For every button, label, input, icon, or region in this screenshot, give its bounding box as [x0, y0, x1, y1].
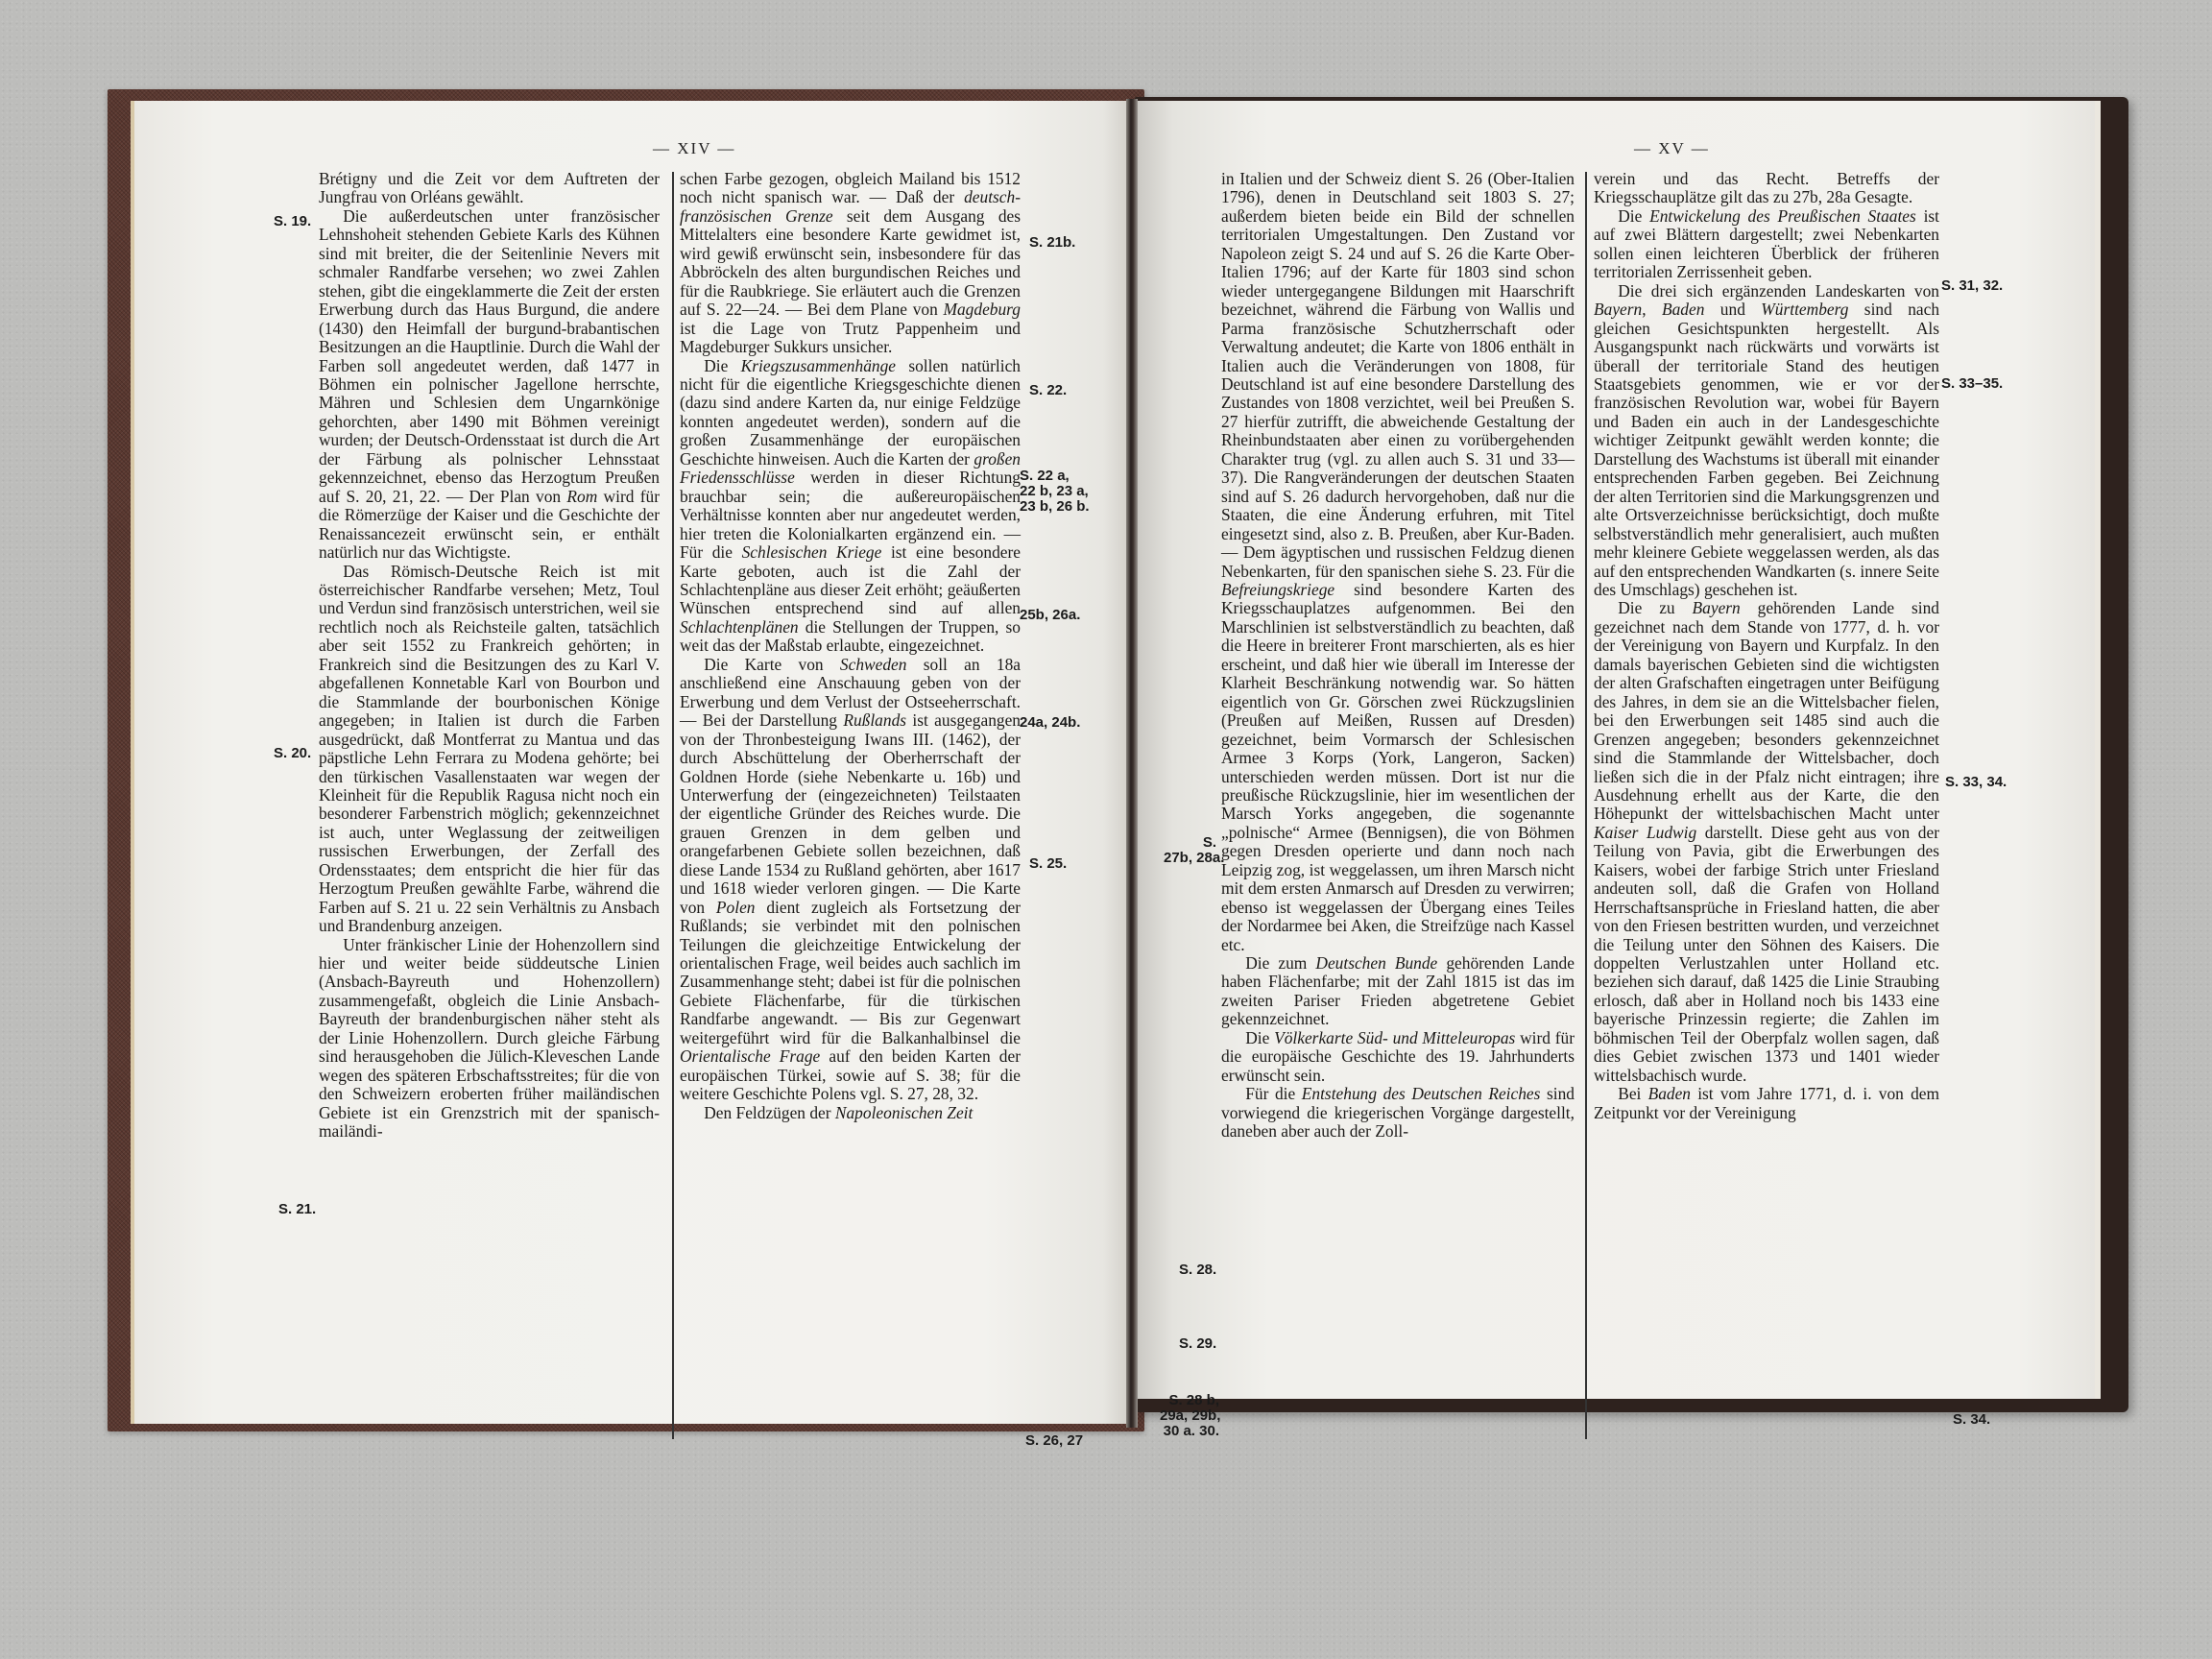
paragraph: Die außerdeutschen unter französischer L… [319, 207, 660, 563]
paragraph-text: Den Feldzügen der [704, 1103, 835, 1122]
paragraph-text: dient zugleich als Fortsetzung der Rußla… [680, 898, 1021, 1047]
open-book: — XIV — Brétigny und die Zeit vor dem Au… [108, 89, 2131, 1431]
emphasized-term: Völkerkarte Süd- und Mitteleuropas [1274, 1028, 1515, 1047]
paragraph: Unter fränkischer Linie der Hohenzollern… [319, 936, 660, 1142]
margin-label-s19: S. 19. [274, 214, 311, 229]
paragraph: Die Karte von Schweden soll an 18a ansch… [680, 656, 1021, 1104]
paragraph: schen Farbe gezogen, obgleich Mailand bi… [680, 170, 1021, 357]
paragraph: Brétigny und die Zeit vor dem Auftreten … [319, 170, 660, 207]
paragraph-text: Die drei sich ergänzenden Landeskarten v… [1618, 281, 1939, 301]
emphasized-term: Bayern [1693, 598, 1741, 617]
paragraph-text: ist die Lage von Trutz Pappenheim und Ma… [680, 319, 1021, 356]
paragraph: Die zu Bayern gehörenden Lande sind geze… [1594, 599, 1939, 1085]
margin-label-s22: S. 22. [1029, 383, 1067, 398]
emphasized-term: Bayern [1594, 300, 1642, 319]
paragraph: Das Römisch-Deutsche Reich ist mit öster… [319, 563, 660, 936]
emphasized-term: Württemberg [1761, 300, 1848, 319]
paragraph-text: Bei [1618, 1084, 1647, 1103]
paragraph-text: Unter fränkischer Linie der Hohenzollern… [319, 935, 660, 1142]
paragraph-text: darstellt. Diese geht aus von der Teilun… [1594, 823, 1939, 1085]
right-page: — XV — in Italien und der Schweiz dient … [1135, 101, 2101, 1399]
emphasized-term: Schweden [840, 655, 907, 674]
paragraph-text: sind besondere Karten des Kriegsschaupla… [1221, 580, 1575, 954]
paragraph: Die drei sich ergänzenden Landeskarten v… [1594, 282, 1939, 600]
paragraph-text: Die zum [1245, 953, 1315, 973]
page-header-right: — XV — [1634, 139, 1710, 158]
margin-label-25b: 25b, 26a. [1020, 608, 1080, 623]
paragraph-text: verein und das Recht. Betreffs der Krieg… [1594, 169, 1939, 206]
margin-label-s33-34: S. 33, 34. [1945, 775, 2007, 790]
margin-label-s27b: S. 27b, 28a. [1164, 835, 1216, 866]
margin-label-24a: 24a, 24b. [1020, 715, 1080, 731]
paragraph-text: Die [1245, 1028, 1274, 1047]
paragraph-text: Die [1618, 206, 1649, 226]
paragraph-text: Brétigny und die Zeit vor dem Auftreten … [319, 169, 660, 206]
paragraph-text: Die Karte von [704, 655, 840, 674]
margin-label-s25: S. 25. [1029, 856, 1067, 872]
emphasized-term: Rußlands [843, 710, 906, 730]
paragraph-text: sind nach gleichen Gesichtspunkten herge… [1594, 300, 1939, 599]
emphasized-term: Deutschen Bunde [1315, 953, 1437, 973]
paragraph: Den Feldzügen der Napoleonischen Zeit [680, 1104, 1021, 1122]
paragraph: Die Entwickelung des Preußischen Staates… [1594, 207, 1939, 282]
emphasized-term: Befreiungskriege [1221, 580, 1334, 599]
margin-label-s22a: S. 22 a, 22 b, 23 a, 23 b, 26 b. [1020, 469, 1090, 515]
emphasized-term: Entstehung des Deutschen Reiches [1302, 1084, 1541, 1103]
margin-label-s34: S. 34. [1953, 1412, 1990, 1428]
paragraph: in Italien und der Schweiz dient S. 26 (… [1221, 170, 1575, 954]
paragraph-text: ist ausgegangen von der Thronbesteigung … [680, 710, 1021, 917]
paragraph-text: in Italien und der Schweiz dient S. 26 (… [1221, 169, 1575, 581]
left-page-column-1: Brétigny und die Zeit vor dem Auftreten … [319, 170, 660, 1142]
emphasized-term: Orientalische Frage [680, 1046, 820, 1066]
paragraph: Für die Entstehung des Deutschen Reiches… [1221, 1085, 1575, 1141]
paragraph: Bei Baden ist vom Jahre 1771, d. i. von … [1594, 1085, 1939, 1122]
emphasized-term: Baden [1648, 1084, 1691, 1103]
margin-label-s31: S. 31, 32. [1941, 278, 2003, 294]
column-divider-left [672, 172, 674, 1439]
paragraph-text: Die [704, 356, 740, 375]
paragraph: Die zum Deutschen Bunde gehörenden Lande… [1221, 954, 1575, 1029]
paragraph: Die Völkerkarte Süd- und Mitteleuropas w… [1221, 1029, 1575, 1085]
page-header-left: — XIV — [653, 139, 735, 158]
margin-label-s28b: S. 28 b, 29a, 29b, 30 a. 30. [1160, 1393, 1219, 1439]
emphasized-term: Schlesischen Kriege [742, 542, 882, 562]
paragraph-text: Für die [1245, 1084, 1302, 1103]
paragraph-text: Die zu [1618, 598, 1692, 617]
emphasized-term: Schlachtenplänen [680, 617, 799, 637]
margin-label-s29: S. 29. [1179, 1336, 1216, 1352]
margin-label-s28: S. 28. [1179, 1262, 1216, 1278]
emphasized-term: Baden [1662, 300, 1704, 319]
paragraph-text: gehörenden Lande sind gezeichnet nach de… [1594, 598, 1939, 823]
emphasized-term: Kaiser Ludwig [1594, 823, 1696, 842]
right-page-column-1: in Italien und der Schweiz dient S. 26 (… [1221, 170, 1575, 1142]
emphasized-term: Polen [716, 898, 756, 917]
right-page-column-2: verein und das Recht. Betreffs der Krieg… [1594, 170, 1939, 1122]
paragraph: Die Kriegszusammenhänge sollen natürlich… [680, 357, 1021, 656]
left-page-column-2: schen Farbe gezogen, obgleich Mailand bi… [680, 170, 1021, 1122]
left-page: — XIV — Brétigny und die Zeit vor dem Au… [131, 101, 1133, 1424]
column-divider-right [1585, 172, 1587, 1439]
margin-label-s21b: S. 21b. [1029, 235, 1075, 251]
emphasized-term: Napoleonischen Zeit [835, 1103, 973, 1122]
margin-label-s21: S. 21. [278, 1202, 316, 1217]
margin-label-s26: S. 26, 27 [1025, 1433, 1083, 1449]
paragraph-text: Das Römisch-Deutsche Reich ist mit öster… [319, 562, 660, 936]
margin-label-s33-35: S. 33–35. [1941, 376, 2003, 392]
emphasized-term: Magdeburg [944, 300, 1022, 319]
paragraph: verein und das Recht. Betreffs der Krieg… [1594, 170, 1939, 207]
paragraph-text: und [1704, 300, 1761, 319]
paragraph-text: Die außerdeutschen unter französischer L… [319, 206, 660, 506]
paragraph-text: , [1642, 300, 1662, 319]
emphasized-term: Entwickelung des Preußischen Staates [1649, 206, 1916, 226]
book-gutter [1126, 99, 1138, 1428]
emphasized-term: Kriegszusammenhänge [741, 356, 896, 375]
emphasized-term: Rom [566, 487, 597, 506]
margin-label-s20: S. 20. [274, 746, 311, 761]
